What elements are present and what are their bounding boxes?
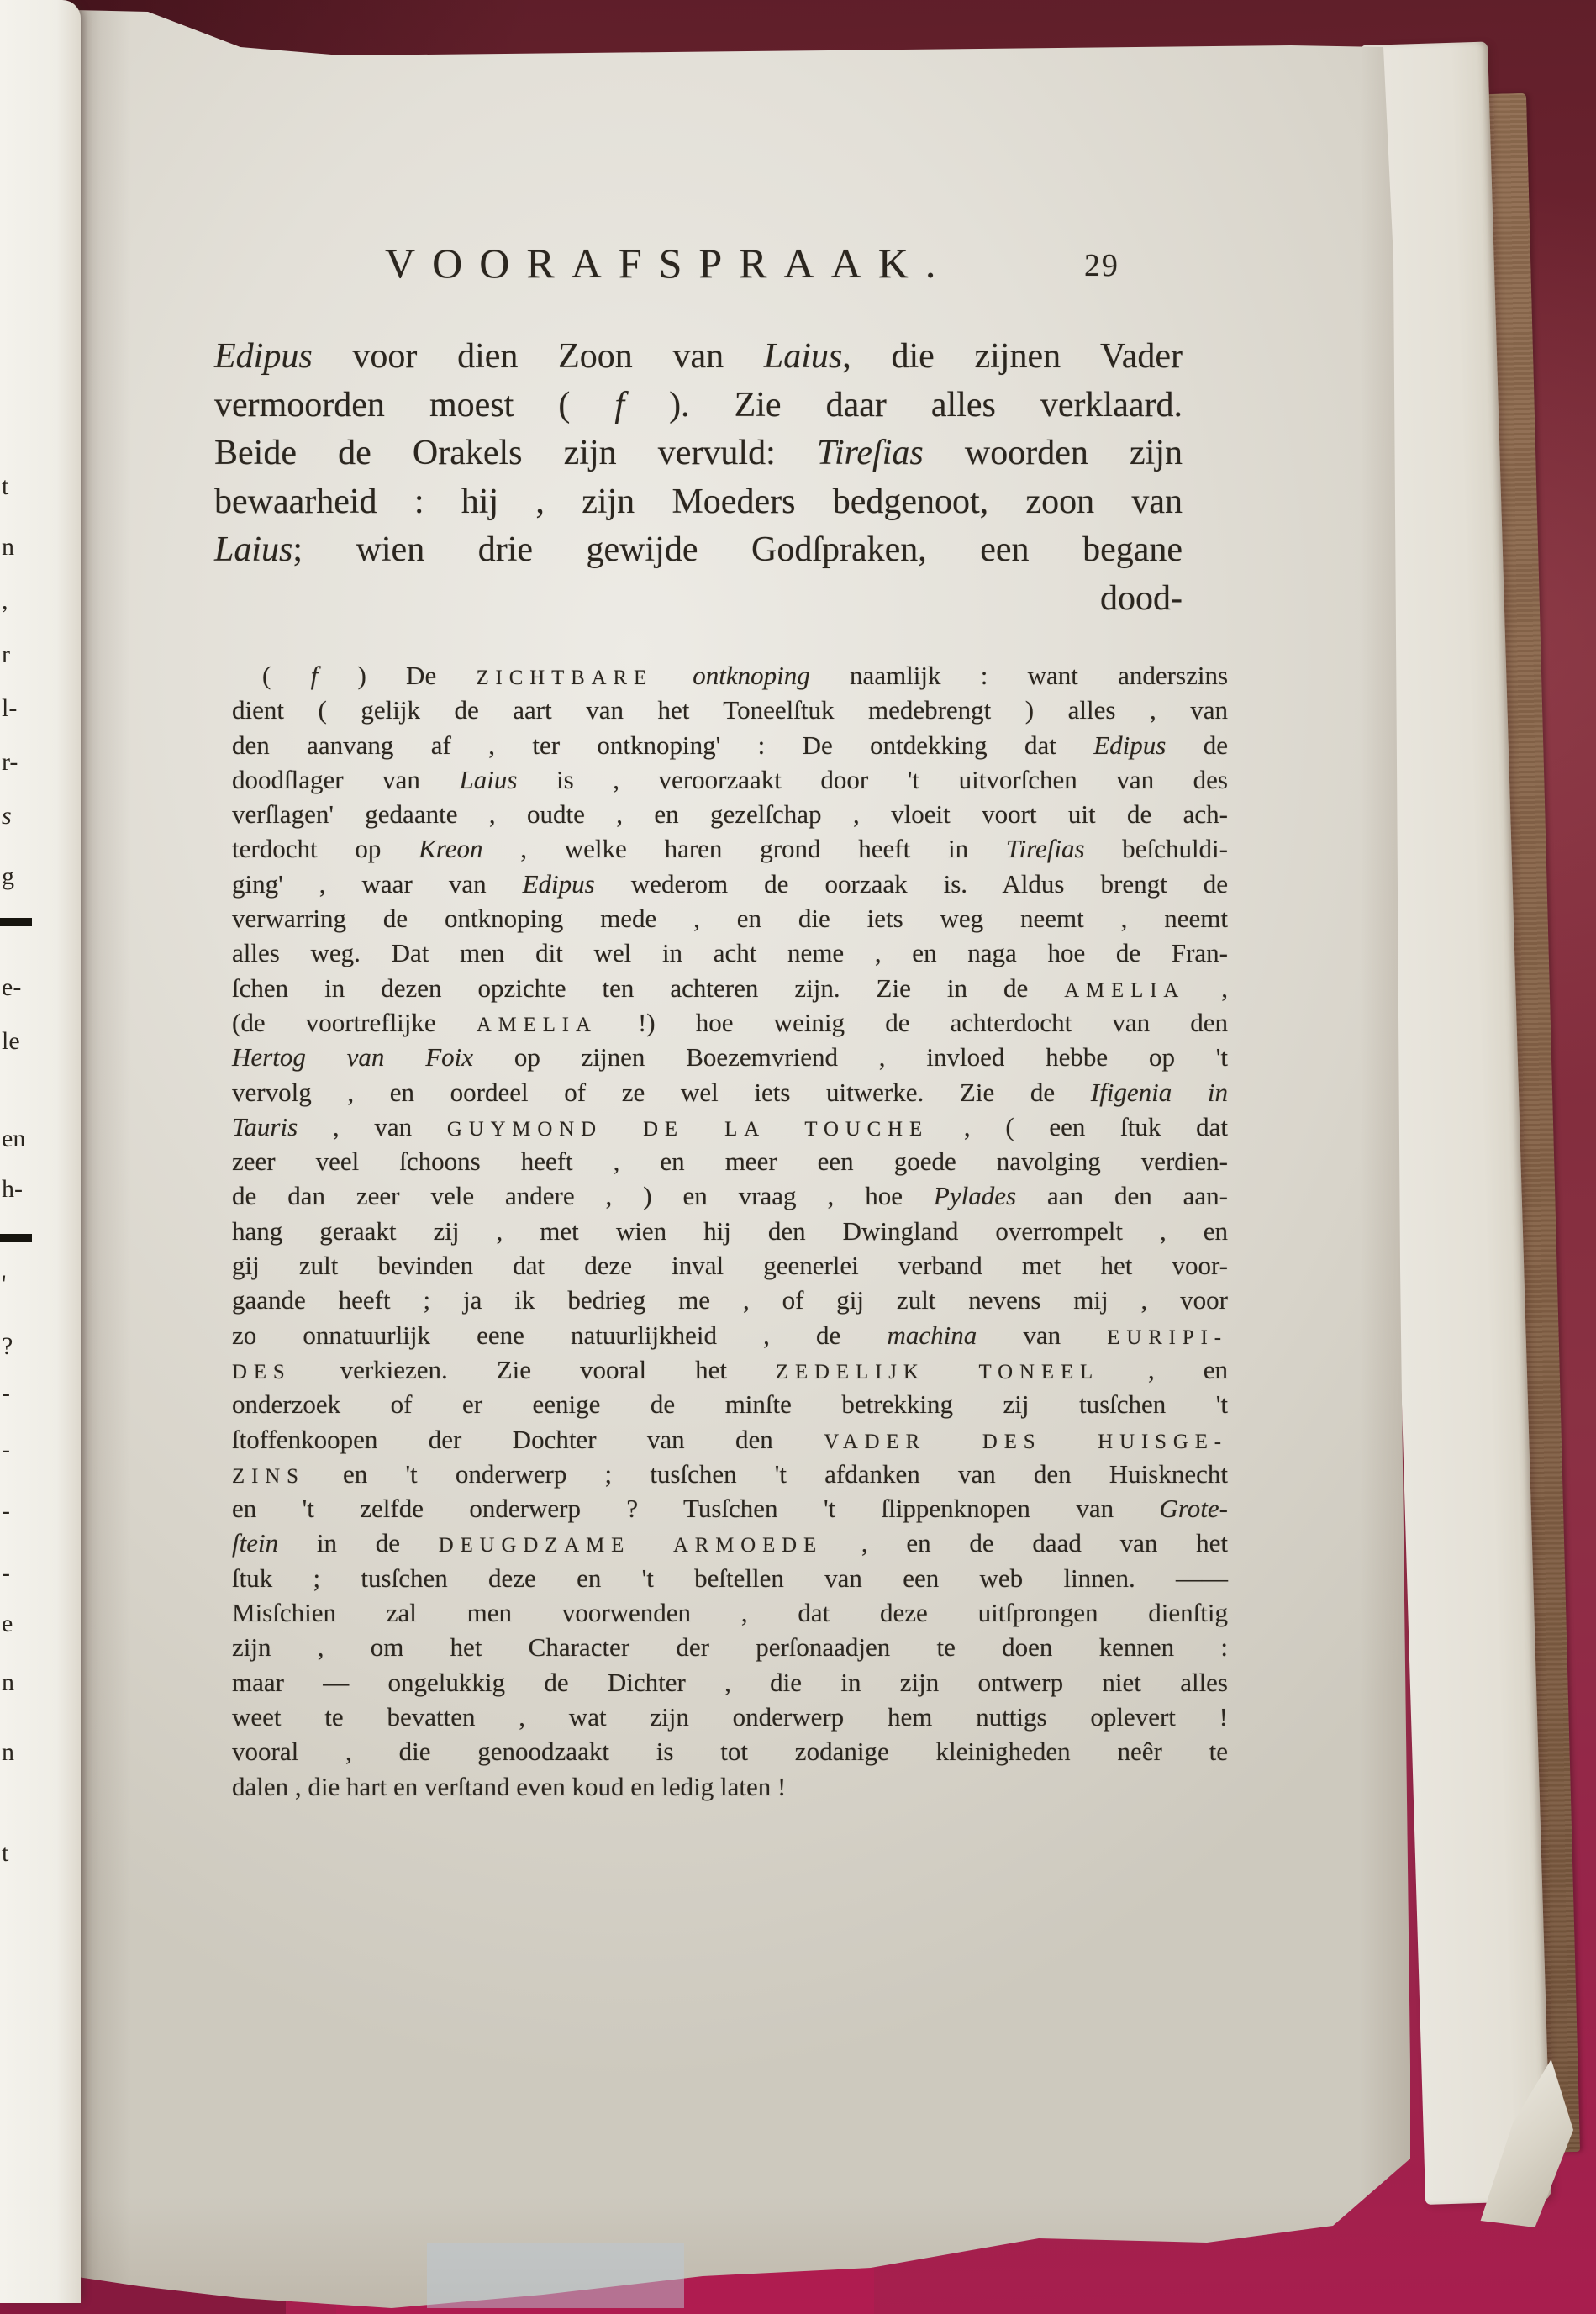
text-line: weet te bevatten , wat zijn onderwerp he… bbox=[232, 1700, 1228, 1734]
letter-fragment: en bbox=[2, 1126, 25, 1152]
text-line: DES verkiezen. Zie vooral het ZEDELIJK T… bbox=[232, 1352, 1228, 1387]
text-segment: Kreon bbox=[419, 834, 482, 863]
text-segment: AMELIA bbox=[1064, 979, 1185, 1002]
text-line: maar — ongelukkig de Dichter , die in zi… bbox=[232, 1665, 1228, 1700]
text-line: onderzoek of er eenige de minſte betrekk… bbox=[232, 1387, 1228, 1421]
text-line: zo onnatuurlijk eene natuurlijkheid , de… bbox=[232, 1318, 1228, 1352]
text-line: gij zult bevinden dat deze inval geenerl… bbox=[232, 1248, 1228, 1283]
text-line: de dan zeer vele andere , ) en vraag , h… bbox=[232, 1178, 1228, 1213]
letter-fragment: - bbox=[2, 1381, 10, 1406]
text-segment: verwarring de ontknoping mede , en die i… bbox=[232, 904, 1228, 933]
text-segment: DEUGDZAME ARMOEDE bbox=[439, 1534, 823, 1557]
text-line: terdocht op Kreon , welke haren grond he… bbox=[232, 831, 1228, 866]
letter-fragment: t bbox=[2, 474, 8, 499]
rule-fragment bbox=[0, 1234, 32, 1242]
text-segment: EURIPI- bbox=[1107, 1326, 1228, 1349]
text-segment bbox=[653, 661, 693, 690]
main-text-block: Edipus voor dien Zoon van Laius, die zij… bbox=[214, 333, 1183, 623]
text-segment: Misſchien zal men voorwenden , dat deze … bbox=[232, 1598, 1228, 1627]
text-segment: gaande heeft ; ja ik bedrieg me , of gij… bbox=[232, 1285, 1228, 1315]
letter-fragment: n bbox=[2, 535, 14, 560]
text-segment: dood- bbox=[1100, 579, 1183, 618]
page-header-title: VOORAFSPRAAK. bbox=[385, 239, 952, 287]
letter-fragment: g bbox=[2, 864, 14, 889]
text-line: den aanvang af , ter ontknoping' : De on… bbox=[232, 728, 1228, 762]
text-line: gaande heeft ; ja ik bedrieg me , of gij… bbox=[232, 1283, 1228, 1317]
text-line: ſtuk ; tusſchen deze en 't beſtellen van… bbox=[232, 1561, 1228, 1595]
text-segment: de dan zeer vele andere , ) en vraag , h… bbox=[232, 1181, 934, 1210]
text-segment: DES bbox=[232, 1361, 292, 1384]
text-segment: woorden zijn bbox=[924, 434, 1183, 472]
text-segment: ſchen in dezen opzichte ten achteren zij… bbox=[232, 973, 1064, 1003]
text-segment: ſtoffenkoopen der Dochter van den bbox=[232, 1425, 824, 1454]
text-segment: vooral , die genoodzaakt is tot zodanige… bbox=[232, 1737, 1228, 1766]
letter-fragment: e- bbox=[2, 975, 21, 1000]
text-line: zeer veel ſchoons heeft , en meer een go… bbox=[232, 1144, 1228, 1178]
text-segment: in de bbox=[278, 1528, 439, 1558]
text-segment: doodſlager van bbox=[232, 765, 459, 794]
text-segment: Edipus bbox=[214, 337, 313, 376]
text-segment: en 't onderwerp ; tusſchen 't afdanken v… bbox=[305, 1459, 1228, 1489]
text-segment: ſtuk ; tusſchen deze en 't beſtellen van… bbox=[232, 1563, 1228, 1593]
footnote-block: ( f ) De ZICHTBARE ontknoping naamlijk :… bbox=[232, 658, 1228, 1804]
text-segment: zeer veel ſchoons heeft , en meer een go… bbox=[232, 1146, 1228, 1176]
text-line: verwarring de ontknoping mede , en die i… bbox=[232, 901, 1228, 936]
page-number: 29 bbox=[1084, 247, 1119, 284]
text-segment: , die zijnen Vader bbox=[842, 337, 1183, 376]
text-line: hang geraakt zij , met wien hij den Dwin… bbox=[232, 1214, 1228, 1248]
text-segment: den aanvang af , ter ontknoping' : De on… bbox=[232, 730, 1093, 760]
text-segment: AMELIA bbox=[477, 1014, 598, 1036]
text-segment: verkiezen. Zie vooral het bbox=[292, 1355, 776, 1384]
text-segment: op zijnen Boezemvriend , invloed hebbe o… bbox=[473, 1042, 1228, 1072]
text-segment: bewaarheid : hij , zijn Moeders bedgenoo… bbox=[214, 482, 1183, 521]
text-segment: Ifigenia in bbox=[1091, 1078, 1228, 1107]
book-photo: { "colors": { "background_maroon": "#7e2… bbox=[0, 0, 1596, 2314]
text-segment: alles weg. Dat men dit wel in acht neme … bbox=[232, 938, 1228, 967]
letter-fragment: ? bbox=[2, 1334, 13, 1359]
letter-fragment: h- bbox=[2, 1177, 23, 1202]
letter-fragment: ' bbox=[2, 1272, 6, 1297]
text-line: dient ( gelijk de aart van het Toneelſtu… bbox=[232, 693, 1228, 727]
letter-fragment: le bbox=[2, 1029, 20, 1054]
text-segment: dient ( gelijk de aart van het Toneelſtu… bbox=[232, 695, 1228, 725]
book-page: VOORAFSPRAAK. 29 Edipus voor dien Zoon v… bbox=[72, 7, 1410, 2314]
text-segment: GUYMOND DE LA TOUCHE bbox=[447, 1118, 929, 1141]
letter-fragment: l- bbox=[2, 696, 17, 721]
text-segment: naamlijk : want anderszins bbox=[810, 661, 1228, 690]
letter-fragment: r- bbox=[2, 750, 18, 775]
text-line: bewaarheid : hij , zijn Moeders bedgenoo… bbox=[214, 478, 1183, 527]
letter-fragment: t bbox=[2, 1841, 8, 1866]
letter-fragment: r bbox=[2, 642, 10, 667]
text-segment: ZICHTBARE bbox=[476, 667, 653, 689]
text-line: Hertog van Foix op zijnen Boezemvriend ,… bbox=[232, 1040, 1228, 1074]
text-segment: hang geraakt zij , met wien hij den Dwin… bbox=[232, 1216, 1228, 1246]
text-segment: maar — ongelukkig de Dichter , die in zi… bbox=[232, 1668, 1228, 1697]
text-segment: ). Zie daar alles verklaard. bbox=[624, 386, 1183, 424]
text-segment: de bbox=[1166, 730, 1228, 760]
text-line: zijn , om het Character der perſonaadjen… bbox=[232, 1630, 1228, 1664]
text-segment: , bbox=[1185, 973, 1228, 1003]
text-segment: onderzoek of er eenige de minſte betrekk… bbox=[232, 1389, 1228, 1419]
text-segment: Grote- bbox=[1160, 1494, 1229, 1523]
text-segment: , en de daad van het bbox=[823, 1528, 1228, 1558]
text-line: en 't zelfde onderwerp ? Tusſchen 't ſli… bbox=[232, 1491, 1228, 1526]
text-segment: ontknoping bbox=[693, 661, 810, 690]
letter-fragment: - bbox=[2, 1437, 10, 1463]
text-segment: f bbox=[614, 386, 624, 424]
text-segment: Hertog van Foix bbox=[232, 1042, 473, 1072]
text-segment: is , veroorzaakt door 't uitvorſchen van… bbox=[517, 765, 1228, 794]
text-segment: ſtein bbox=[232, 1528, 278, 1558]
text-segment: weet te bevatten , wat zijn onderwerp he… bbox=[232, 1702, 1228, 1732]
text-line: ſchen in dezen opzichte ten achteren zij… bbox=[232, 971, 1228, 1005]
text-segment: ZEDELIJK TONEEL bbox=[776, 1361, 1099, 1384]
letter-fragment: n bbox=[2, 1740, 14, 1765]
text-line: ſtein in de DEUGDZAME ARMOEDE , en de da… bbox=[232, 1526, 1228, 1560]
text-line: Misſchien zal men voorwenden , dat deze … bbox=[232, 1595, 1228, 1630]
text-segment: (de voortreflijke bbox=[232, 1008, 477, 1037]
text-segment: terdocht op bbox=[232, 834, 419, 863]
text-line: vermoorden moest ( f ). Zie daar alles v… bbox=[214, 382, 1183, 430]
letter-fragment: s bbox=[2, 804, 12, 829]
gray-tape-artifact bbox=[427, 2243, 684, 2308]
text-segment: ; wien drie gewijde Godſpraken, een bega… bbox=[292, 530, 1183, 569]
text-segment: Tireſias bbox=[817, 434, 924, 472]
text-segment: voor dien Zoon van bbox=[313, 337, 764, 376]
text-segment: zijn , om het Character der perſonaadjen… bbox=[232, 1632, 1228, 1662]
text-segment: aan den aan- bbox=[1016, 1181, 1228, 1210]
text-segment: Laius bbox=[214, 530, 292, 569]
text-line: ( f ) De ZICHTBARE ontknoping naamlijk :… bbox=[232, 658, 1228, 693]
text-segment: Tauris bbox=[232, 1112, 298, 1141]
text-segment: Edipus bbox=[1093, 730, 1166, 760]
text-segment: f bbox=[311, 661, 319, 690]
text-segment: !) hoe weinig de achterdocht van den bbox=[598, 1008, 1228, 1037]
text-segment: ) De bbox=[318, 661, 476, 690]
text-line: Tauris , van GUYMOND DE LA TOUCHE , ( ee… bbox=[232, 1110, 1228, 1144]
text-line: ZINS en 't onderwerp ; tusſchen 't afdan… bbox=[232, 1457, 1228, 1491]
rule-fragment bbox=[0, 918, 32, 926]
text-line: Beide de Orakels zijn vervuld: Tireſias … bbox=[214, 430, 1183, 478]
text-segment: Laius bbox=[764, 337, 842, 376]
text-line: vooral , die genoodzaakt is tot zodanige… bbox=[232, 1734, 1228, 1768]
text-segment: , van bbox=[298, 1112, 447, 1141]
text-line: ſtoffenkoopen der Dochter van den VADER … bbox=[232, 1422, 1228, 1457]
text-segment: Pylades bbox=[934, 1181, 1016, 1210]
text-segment: vermoorden moest ( bbox=[214, 386, 614, 424]
text-segment: ging' , waar van bbox=[232, 869, 523, 899]
text-segment: verſlagen' gedaante , oudte , en gezelſc… bbox=[232, 799, 1228, 829]
text-segment: Beide de Orakels zijn vervuld: bbox=[214, 434, 817, 472]
letter-fragment: - bbox=[2, 1499, 10, 1524]
text-segment: , ( een ſtuk dat bbox=[929, 1112, 1228, 1141]
text-segment: Laius bbox=[459, 765, 517, 794]
text-segment: van bbox=[977, 1320, 1107, 1350]
text-segment: wederom de oorzaak is. Aldus brengt de bbox=[595, 869, 1228, 899]
text-line: Edipus voor dien Zoon van Laius, die zij… bbox=[214, 333, 1183, 382]
letter-fragment: n bbox=[2, 1670, 14, 1695]
text-line: ging' , waar van Edipus wederom de oorza… bbox=[232, 867, 1228, 901]
text-segment: dalen , die hart en verſtand even koud e… bbox=[232, 1772, 786, 1801]
text-line: alles weg. Dat men dit wel in acht neme … bbox=[232, 936, 1228, 970]
text-line: verſlagen' gedaante , oudte , en gezelſc… bbox=[232, 797, 1228, 831]
text-segment: machina bbox=[887, 1320, 977, 1350]
text-segment: Tireſias bbox=[1006, 834, 1085, 863]
text-line: dalen , die hart en verſtand even koud e… bbox=[232, 1769, 1228, 1804]
text-segment: Edipus bbox=[523, 869, 595, 899]
text-segment: ( bbox=[262, 661, 311, 690]
facing-page-edge: tn,rl-r-sge-leenh-'?----ennt bbox=[0, 0, 81, 2303]
letter-fragment: , bbox=[2, 588, 8, 614]
text-segment: gij zult bevinden dat deze inval geenerl… bbox=[232, 1251, 1228, 1280]
text-line: (de voortreflijke AMELIA !) hoe weinig d… bbox=[232, 1005, 1228, 1040]
text-segment: , welke haren grond heeft in bbox=[482, 834, 1005, 863]
text-line: doodſlager van Laius is , veroorzaakt do… bbox=[232, 762, 1228, 797]
text-line: Laius; wien drie gewijde Godſpraken, een… bbox=[214, 526, 1183, 575]
text-line: dood- bbox=[214, 575, 1183, 624]
text-segment: VADER DES HUISGE- bbox=[824, 1431, 1228, 1453]
text-line: vervolg , en oordeel of ze wel iets uitw… bbox=[232, 1075, 1228, 1110]
text-segment: ZINS bbox=[232, 1465, 305, 1488]
letter-fragment: e bbox=[2, 1611, 13, 1637]
text-segment: beſchuldi- bbox=[1085, 834, 1228, 863]
text-segment: , en bbox=[1099, 1355, 1228, 1384]
text-segment: vervolg , en oordeel of ze wel iets uitw… bbox=[232, 1078, 1091, 1107]
text-segment: en 't zelfde onderwerp ? Tusſchen 't ſli… bbox=[232, 1494, 1160, 1523]
letter-fragment: - bbox=[2, 1561, 10, 1586]
text-segment: zo onnatuurlijk eene natuurlijkheid , de bbox=[232, 1320, 887, 1350]
